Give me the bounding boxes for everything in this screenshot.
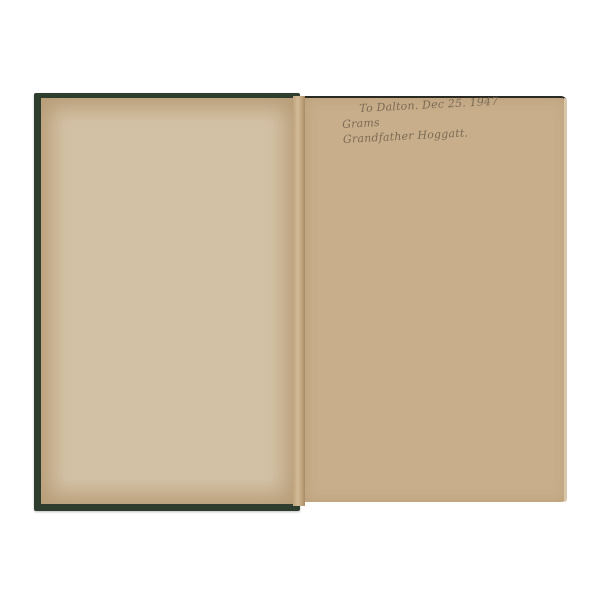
pastedown-toning (41, 98, 295, 504)
open-book: To Dalton. Dec 25. 1947 Grams Grandfathe… (0, 0, 600, 600)
page-fore-edge (564, 98, 567, 502)
handwritten-inscription: To Dalton. Dec 25. 1947 Grams Grandfathe… (341, 90, 563, 146)
flyleaf-page: To Dalton. Dec 25. 1947 Grams Grandfathe… (305, 96, 567, 502)
front-pastedown (41, 98, 295, 504)
book-hinge (293, 96, 305, 506)
